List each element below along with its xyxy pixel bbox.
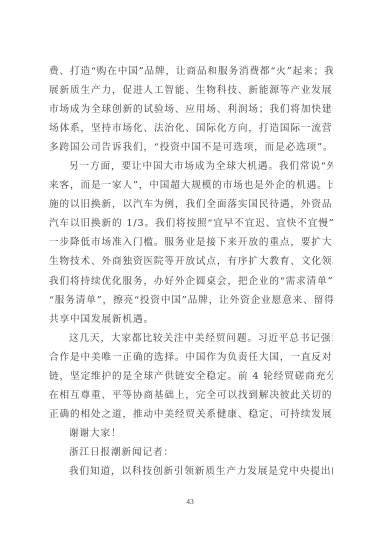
text-line: 展新质生产力，促进人工智能、生物科技、新能源等产业发展，让中国大 — [49, 81, 333, 100]
text-line: 合作是中美唯一正确的选择。中国作为负责任大国，一直反对的是脱钩断 — [49, 348, 333, 367]
text-line: 施的以旧换新，以汽车为例，我们全面落实国民待遇，外资品牌销量占了 — [49, 195, 333, 214]
text-line: 费、打造“购在中国”品牌，让商品和服务消费都“火”起来；我们将加快发 — [49, 62, 333, 81]
text-line: 生物技术、外商独资医院等开放试点，有序扩大教育、文化领域自主开放。 — [49, 252, 333, 271]
text-line: 链，坚定维护的是全球产供链安全稳定。前 4 轮经贸磋商充分证明，中美 — [49, 367, 333, 386]
body-text: 费、打造“购在中国”品牌，让商品和服务消费都“火”起来；我们将加快发展新质生产力… — [49, 62, 333, 481]
text-line: 我们知道，以科技创新引领新质生产力发展是党中央提出的重大举 — [49, 462, 333, 481]
text-line: 浙江日报潮新闻记者： — [49, 443, 333, 462]
text-line: 一步降低市场准入门槛。服务业是接下来开放的重点，要扩大增值电信、 — [49, 233, 333, 252]
text-line: 共享中国发展新机遇。 — [49, 310, 333, 329]
text-line: 市场成为全球创新的试验场、应用场、利润场；我们将加快建设高标准市 — [49, 100, 333, 119]
text-line: “服务清单”，擦亮“投资中国”品牌，让外资企业愿意来、留得住、发展好， — [49, 291, 333, 310]
text-line: 我们将持续优化服务，办好外企圆桌会，把企业的“需求清单”变成我们的 — [49, 272, 333, 291]
page-number: 43 — [0, 497, 380, 506]
text-line: 在相互尊重、平等协商基础上，完全可以找到解决彼此关切的办法，找到 — [49, 386, 333, 405]
text-line: 这几天，大家都比较关注中美经贸问题。习近平总书记强调，对话和 — [49, 329, 333, 348]
text-line: 谢谢大家！ — [49, 424, 333, 443]
text-line: 来客，而是一家人”，中国超大规模的市场也是外企的机遇。比如我们实 — [49, 176, 333, 195]
text-line: 汽车以旧换新的 1/3。我们将按照“宜早不宜迟、宜快不宜慢”的要求，进 — [49, 214, 333, 233]
text-line: 另一方面，要让中国大市场成为全球大机遇。我们常说“外企不是外 — [49, 157, 333, 176]
text-line: 多跨国公司告诉我们，“投资中国不是可选项，而是必选项”。 — [49, 138, 333, 157]
text-line: 正确的相处之道，推动中美经贸关系健康、稳定、可持续发展。 — [49, 405, 333, 424]
document-page: 费、打造“购在中国”品牌，让商品和服务消费都“火”起来；我们将加快发展新质生产力… — [0, 0, 380, 537]
text-line: 场体系，坚持市场化、法治化、国际化方向，打造国际一流营商环境。许 — [49, 119, 333, 138]
